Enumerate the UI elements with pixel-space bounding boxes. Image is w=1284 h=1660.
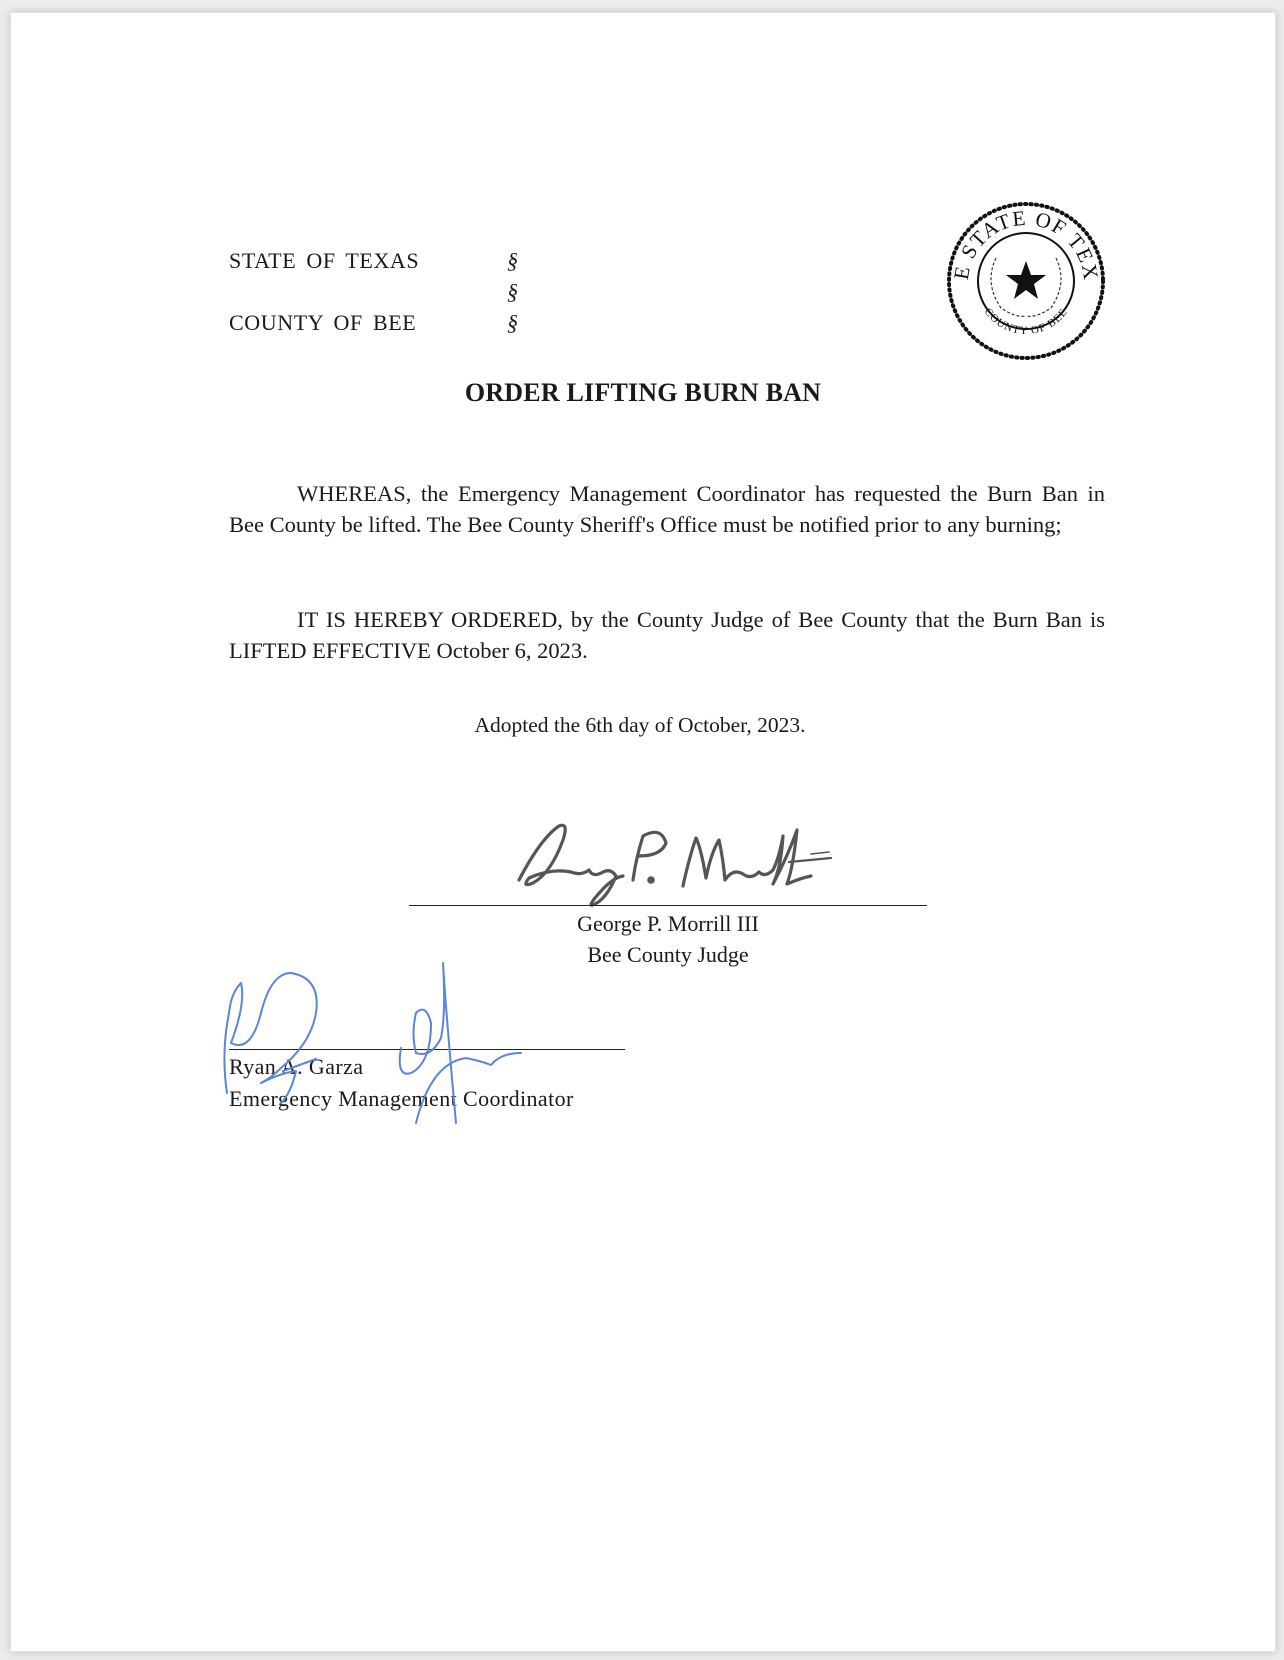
section-symbol-1: §: [507, 248, 518, 274]
caption-state: STATE OF TEXAS: [229, 248, 419, 274]
judge-signature-line: [409, 905, 927, 906]
adopted-date: Adopted the 6th day of October, 2023.: [11, 713, 1275, 738]
coordinator-signature: [221, 953, 561, 1133]
judge-name: George P. Morrill III: [409, 911, 927, 937]
state-label: STATE OF TEXAS: [229, 248, 419, 274]
star-icon: [1006, 261, 1046, 299]
county-label: COUNTY OF BEE: [229, 310, 416, 336]
judge-signature: [511, 818, 851, 913]
ordered-paragraph: IT IS HEREBY ORDERED, by the County Judg…: [229, 604, 1105, 666]
whereas-paragraph: WHEREAS, the Emergency Management Coordi…: [229, 478, 1105, 540]
document-page: STATE OF TEXAS COUNTY OF BEE § § § THE S…: [10, 12, 1276, 1652]
caption-county: COUNTY OF BEE: [229, 310, 416, 336]
seal-inner-text: COUNTY OF BEE: [982, 306, 1071, 337]
section-symbol-3: §: [507, 310, 518, 336]
document-title: ORDER LIFTING BURN BAN: [11, 378, 1275, 408]
county-seal: THE STATE OF TEXAS COUNTY OF BEE: [946, 198, 1106, 363]
svg-text:COUNTY OF BEE: COUNTY OF BEE: [982, 306, 1071, 337]
section-symbol-2: §: [507, 279, 518, 305]
